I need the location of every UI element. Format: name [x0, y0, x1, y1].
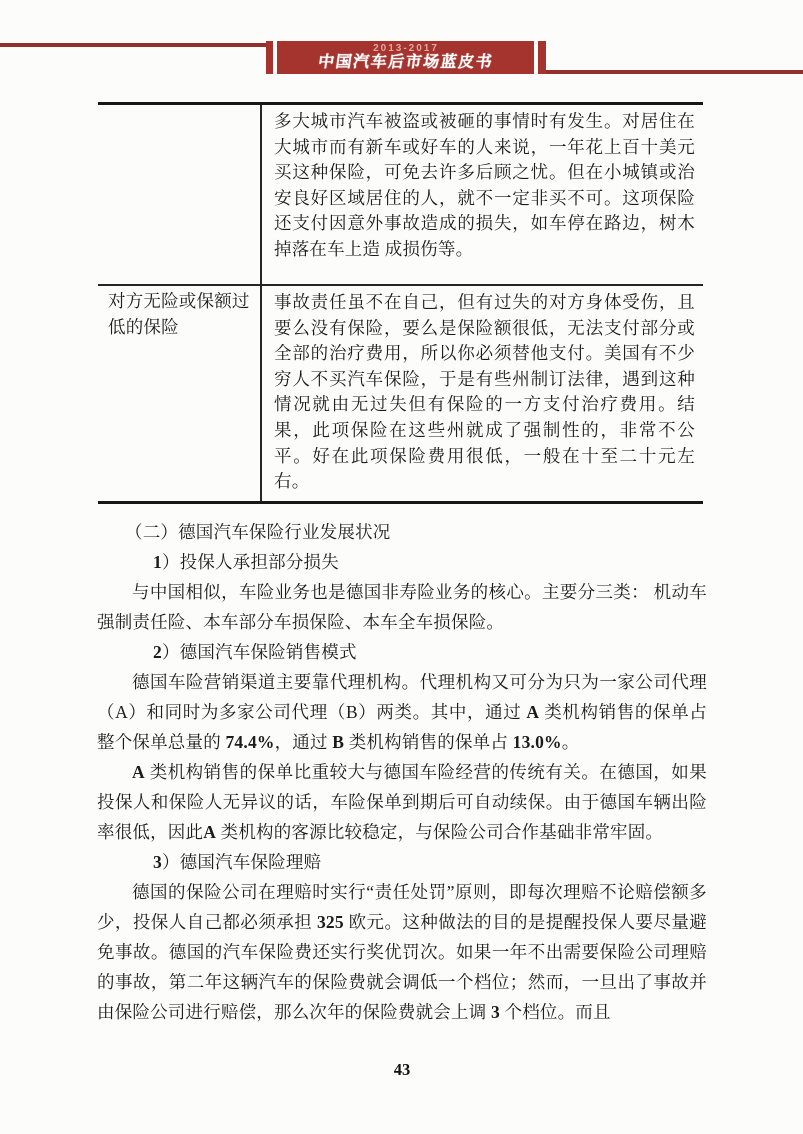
table-row: 对方无险或保额过低的保险 事故责任虽不在自己，但有过失的对方身体受伤，且要么没有… [98, 286, 703, 501]
paragraph: 与中国相似，车险业务也是德国非寿险业务的核心。主要分三类： 机动车强制责任险、本… [97, 577, 707, 637]
description-cell: 事故责任虽不在自己，但有过失的对方身体受伤，且要么没有保险，要么是保险额很低，无… [260, 286, 703, 501]
banner-title: 中国汽车后市场蓝皮书 [317, 54, 495, 72]
term-cell [98, 105, 260, 284]
term-cell: 对方无险或保额过低的保险 [98, 286, 260, 501]
subheading-3: 3）德国汽车保险理赔 [97, 847, 707, 877]
banner-left-stripe [273, 41, 277, 74]
subheading-1: 1）投保人承担部分损失 [97, 547, 707, 577]
paragraph: 德国车险营销渠道主要靠代理机构。代理机构又可分为只为一家公司代理（A）和同时为多… [97, 667, 707, 757]
document-page: { "header": { "years": "2013-2017", "tit… [0, 0, 803, 1134]
banner-years-label: 2013-2017 [373, 43, 439, 54]
description-cell: 多大城市汽车被盗或被砸的事情时有发生。对居住在大城市而有新车或好车的人来说，一年… [260, 105, 703, 284]
body-blocks: （二）德国汽车保险行业发展状况1）投保人承担部分损失与中国相似，车险业务也是德国… [97, 517, 707, 1027]
subheading-2: 2）德国汽车保险销售模式 [97, 637, 707, 667]
paragraph: 德国的保险公司在理赔时实行“责任处罚”原则，即每次理赔不论赔偿额多少，投保人自己… [97, 877, 707, 1027]
header-banner: 2013-2017 中国汽车后市场蓝皮书 [266, 41, 546, 74]
paragraph: A 类机构销售的保单比重较大与德国车险经营的传统有关。在德国，如果投保人和保险人… [97, 757, 707, 847]
section-heading: （二）德国汽车保险行业发展状况 [97, 517, 707, 547]
insurance-table: 多大城市汽车被盗或被砸的事情时有发生。对居住在大城市而有新车或好车的人来说，一年… [98, 102, 703, 504]
header-left-rule [0, 43, 266, 47]
header-right-rule [546, 70, 803, 74]
table-row: 多大城市汽车被盗或被砸的事情时有发生。对居住在大城市而有新车或好车的人来说，一年… [98, 105, 703, 286]
page-number: 43 [97, 1060, 707, 1080]
banner-right-stripe [534, 41, 538, 74]
